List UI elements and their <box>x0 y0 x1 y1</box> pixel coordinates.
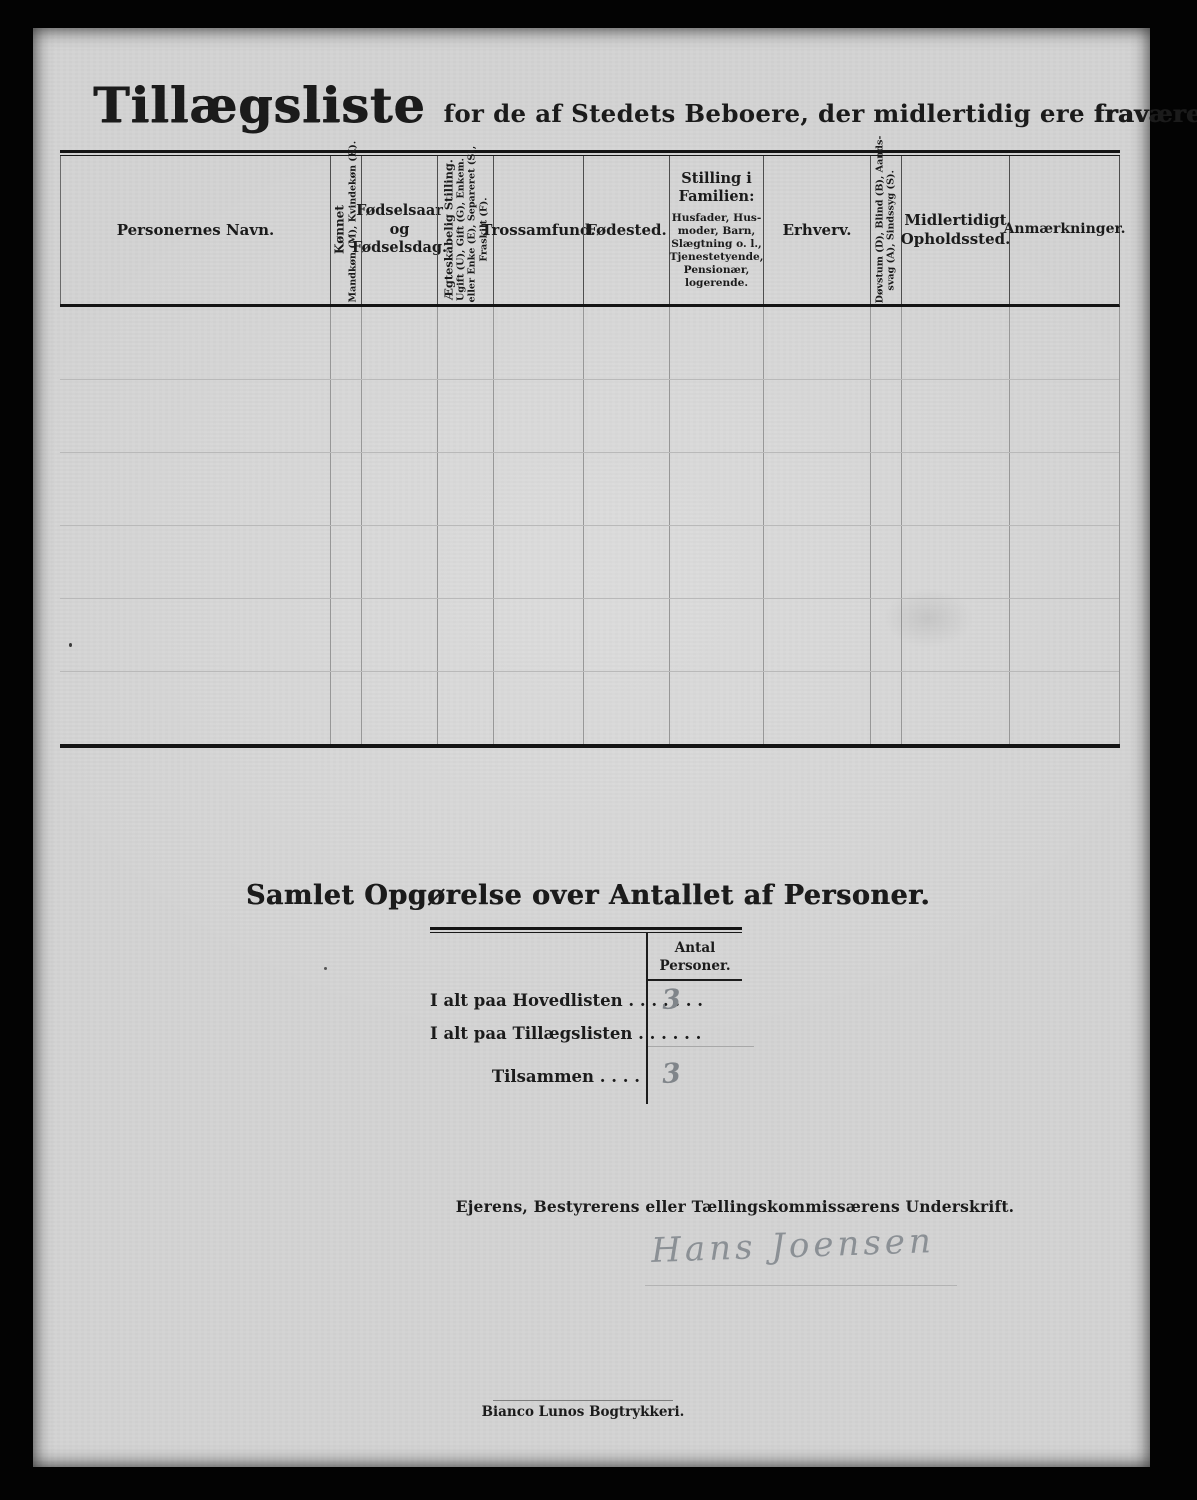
table-cell-empty <box>361 453 437 525</box>
table-cell-empty <box>60 599 330 671</box>
table-cell-empty <box>1009 672 1119 744</box>
summary-row-label-tilsammen: Tilsammen . . . . <box>430 1067 640 1086</box>
table-cell-empty <box>669 380 763 452</box>
table-cell-empty <box>763 307 870 379</box>
printer-mark-text: Bianco Lunos Bogtrykkeri. <box>463 1404 703 1420</box>
table-row <box>60 526 1119 599</box>
table-cell-empty <box>361 307 437 379</box>
table-cell-empty <box>1009 307 1119 379</box>
table-cell-empty <box>669 307 763 379</box>
table-cell-empty <box>437 380 493 452</box>
table-cell-empty <box>330 453 361 525</box>
table-cell-empty <box>763 599 870 671</box>
table-cell-empty <box>1009 380 1119 452</box>
table-cell-empty <box>763 453 870 525</box>
printer-mark: Bianco Lunos Bogtrykkeri. <box>463 1400 703 1420</box>
table-cell-empty <box>901 526 1009 598</box>
table-cell-empty <box>583 672 669 744</box>
summary-row-label-tillaegslisten: I alt paa Tillægslisten . . . . . . <box>430 1024 640 1043</box>
table-cell-empty <box>437 526 493 598</box>
table-cell-empty <box>870 526 901 598</box>
form-title-subtitle-emphasis: fraværende. <box>1094 99 1197 128</box>
table-cell-empty <box>901 307 1009 379</box>
table-row <box>60 672 1119 744</box>
col-header-foedselsaar: Fødselsaar og Fødselsdag. <box>361 156 437 304</box>
table-cell-empty <box>60 453 330 525</box>
summary-heading: Samlet Opgørelse over Antallet af Person… <box>33 880 1143 911</box>
table-cell-empty <box>493 307 583 379</box>
col-header-erhverv: Erhverv. <box>763 156 870 304</box>
table-cell-empty <box>493 672 583 744</box>
table-cell-empty <box>60 672 330 744</box>
table-cell-empty <box>583 526 669 598</box>
summary-row-label-hovedlisten: I alt paa Hovedlisten . . . . . . . <box>430 991 640 1010</box>
table-cell-empty <box>583 599 669 671</box>
paper-smudge <box>883 588 973 648</box>
census-table: Personernes Navn. Kønnet Mandkøn (M), Kv… <box>60 150 1120 748</box>
col-header-midlertidigt-opholdssted: Midlertidigt Opholdssted. <box>901 156 1009 304</box>
table-cell-empty <box>669 453 763 525</box>
form-title-subtitle: for de af Stedets Beboere, der midlertid… <box>444 99 1197 128</box>
signature-label: Ejerens, Bestyrerens eller Tællingskommi… <box>435 1197 1035 1216</box>
table-cell-empty <box>437 672 493 744</box>
table-cell-empty <box>901 453 1009 525</box>
document-page: Tillægsliste for de af Stedets Beboere, … <box>33 28 1150 1467</box>
table-cell-empty <box>870 380 901 452</box>
form-title-main: Tillægsliste <box>93 76 426 134</box>
table-cell-empty <box>493 380 583 452</box>
summary-table: Antal Personer. I alt paa Hovedlisten . … <box>430 927 742 1113</box>
col-header-stilling-i-familien: Stilling i Familien: Husfader, Hus- mode… <box>669 156 763 304</box>
table-cell-empty <box>330 380 361 452</box>
table-bottom-rule <box>60 744 1120 748</box>
table-cell-empty <box>493 526 583 598</box>
table-cell-empty <box>870 672 901 744</box>
col-header-anmaerkninger: Anmærkninger. <box>1009 156 1119 304</box>
summary-faint-rule <box>648 1046 754 1047</box>
summary-value-hovedlisten: 3 <box>661 981 723 1016</box>
table-cell-empty <box>583 307 669 379</box>
table-cell-empty <box>1009 526 1119 598</box>
table-cell-empty <box>361 526 437 598</box>
table-cell-empty <box>60 380 330 452</box>
col-header-doevstum: Døvstum (D), Blind (B), Aands- svag (A),… <box>870 156 901 304</box>
col-header-personernes-navn: Personernes Navn. <box>60 156 330 304</box>
table-cell-empty <box>901 380 1009 452</box>
table-cell-empty <box>437 453 493 525</box>
table-cell-empty <box>330 599 361 671</box>
table-cell-empty <box>763 672 870 744</box>
table-cell-empty <box>437 599 493 671</box>
table-row <box>60 380 1119 453</box>
paper-speck <box>69 643 72 647</box>
table-cell-empty <box>60 526 330 598</box>
table-cell-empty <box>870 307 901 379</box>
table-cell-empty <box>583 380 669 452</box>
signature-underline <box>645 1285 957 1286</box>
table-cell-empty <box>330 307 361 379</box>
table-cell-empty <box>493 453 583 525</box>
signature-handwritten-name: Hans Joensen <box>592 1219 993 1273</box>
table-cell-empty <box>437 307 493 379</box>
table-cell-empty <box>763 526 870 598</box>
table-cell-empty <box>901 672 1009 744</box>
table-cell-empty <box>763 380 870 452</box>
table-body <box>60 307 1120 744</box>
table-cell-empty <box>361 380 437 452</box>
summary-value-tilsammen: 3 <box>661 1055 723 1090</box>
printer-mark-rule <box>493 1400 673 1401</box>
table-cell-empty <box>870 453 901 525</box>
table-cell-empty <box>669 672 763 744</box>
paper-speck <box>324 967 327 970</box>
summary-col-header: Antal Personer. <box>648 939 742 975</box>
table-cell-empty <box>493 599 583 671</box>
summary-top-rule <box>430 927 742 933</box>
table-cell-empty <box>330 526 361 598</box>
table-cell-empty <box>669 526 763 598</box>
table-header-row: Personernes Navn. Kønnet Mandkøn (M), Kv… <box>60 156 1120 307</box>
scanned-census-form: { "colors": { "paper": "#d4d4d4", "ink":… <box>0 0 1197 1500</box>
table-cell-empty <box>1009 453 1119 525</box>
table-cell-empty <box>60 307 330 379</box>
table-cell-empty <box>669 599 763 671</box>
col-header-foedested: Fødested. <box>583 156 669 304</box>
table-row <box>60 453 1119 526</box>
table-cell-empty <box>583 453 669 525</box>
table-cell-empty <box>1009 599 1119 671</box>
table-cell-empty <box>361 672 437 744</box>
col-header-trossamfund: Trossamfund. <box>493 156 583 304</box>
summary-header-rule <box>648 979 742 981</box>
form-title: Tillægsliste for de af Stedets Beboere, … <box>93 76 1113 134</box>
table-cell-empty <box>361 599 437 671</box>
table-row <box>60 307 1119 380</box>
table-cell-empty <box>330 672 361 744</box>
